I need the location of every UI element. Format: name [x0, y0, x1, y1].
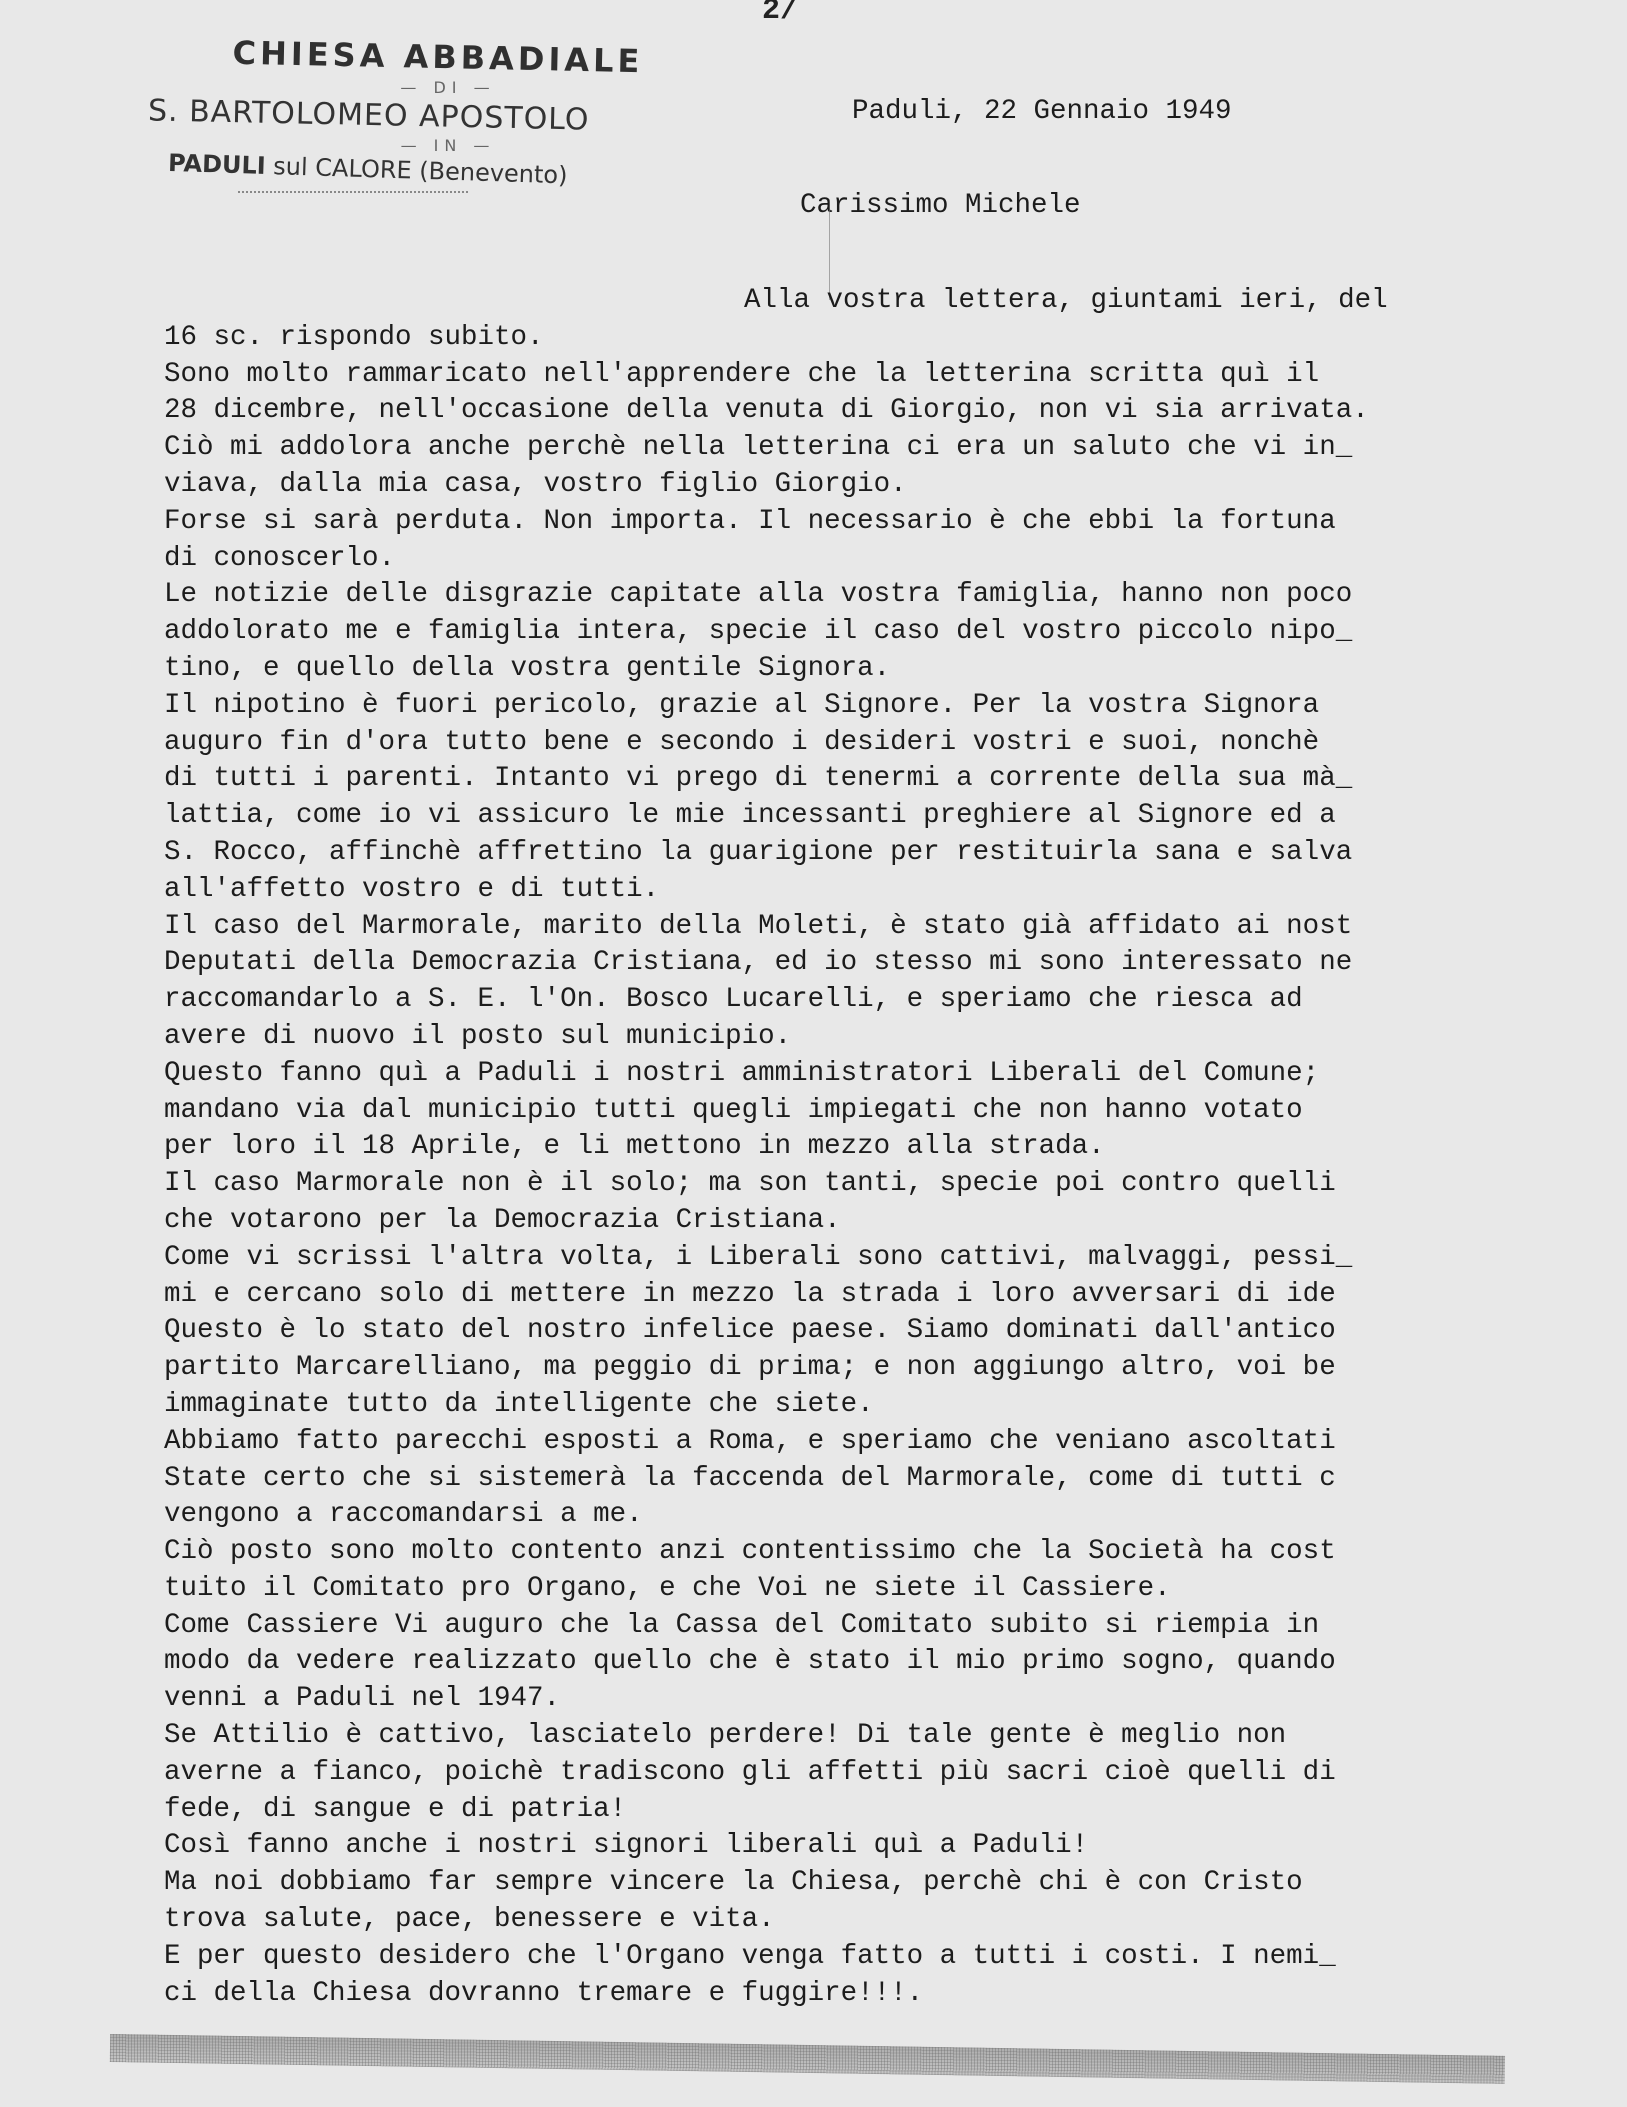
letterhead-location: PADULI sul CALORE (Benevento) [168, 149, 689, 193]
letter-page: 2/ CHIESA ABBADIALE — DI — S. BARTOLOMEO… [0, 0, 1627, 2107]
letterhead-church-name: CHIESA ABBADIALE [188, 33, 689, 81]
body-line: tino, e quello della vostra gentile Sign… [164, 651, 1627, 688]
body-line: Il nipotino è fuori pericolo, grazie al … [164, 688, 1627, 725]
body-line: Deputati della Democrazia Cristiana, ed … [164, 945, 1627, 982]
body-line: Ciò posto sono molto contento anzi conte… [164, 1534, 1627, 1571]
body-line: che votarono per la Democrazia Cristiana… [164, 1203, 1627, 1240]
body-line: viava, dalla mia casa, vostro figlio Gio… [164, 467, 1627, 504]
body-line: Questo è lo stato del nostro infelice pa… [164, 1313, 1627, 1350]
body-line: Come vi scrissi l'altra volta, i Liberal… [164, 1240, 1627, 1277]
body-line: 28 dicembre, nell'occasione della venuta… [164, 393, 1627, 430]
body-line: avere di nuovo il posto sul municipio. [164, 1019, 1627, 1056]
letterhead-separator: — DI — [208, 78, 688, 97]
body-line: Alla vostra lettera, giuntami ieri, del [164, 283, 1627, 320]
letterhead-underline [238, 191, 468, 193]
letter-body: Alla vostra lettera, giuntami ieri, del1… [164, 283, 1627, 2012]
body-line: per loro il 18 Aprile, e li mettono in m… [164, 1129, 1627, 1166]
letter-date: Paduli, 22 Gennaio 1949 [852, 96, 1232, 127]
body-line: vengono a raccomandarsi a me. [164, 1497, 1627, 1534]
body-line: Sono molto rammaricato nell'apprendere c… [164, 357, 1627, 394]
body-line: fede, di sangue e di patria! [164, 1792, 1627, 1829]
body-line: trova salute, pace, benessere e vita. [164, 1902, 1627, 1939]
body-line: di conoscerlo. [164, 541, 1627, 578]
body-line: addolorato me e famiglia intera, specie … [164, 614, 1627, 651]
body-line: lattia, come io vi assicuro le mie inces… [164, 798, 1627, 835]
body-line: State certo che si sistemerà la faccenda… [164, 1461, 1627, 1498]
body-line: 16 sc. rispondo subito. [164, 320, 1627, 357]
body-line: Così fanno anche i nostri signori libera… [164, 1828, 1627, 1865]
body-line: Ma noi dobbiamo far sempre vincere la Ch… [164, 1865, 1627, 1902]
body-line: Le notizie delle disgrazie capitate alla… [164, 577, 1627, 614]
body-line: S. Rocco, affinchè affrettino la guarigi… [164, 835, 1627, 872]
body-line: Se Attilio è cattivo, lasciatelo perdere… [164, 1718, 1627, 1755]
letter-salutation: Carissimo Michele [800, 190, 1081, 221]
body-line: auguro fin d'ora tutto bene e secondo i … [164, 725, 1627, 762]
page-number-mark: 2/ [762, 0, 798, 28]
body-line: immaginate tutto da intelligente che sie… [164, 1387, 1627, 1424]
letterhead-town: PADULI [168, 149, 266, 180]
body-line: partito Marcarelliano, ma peggio di prim… [164, 1350, 1627, 1387]
body-line: Il caso del Marmorale, marito della Mole… [164, 909, 1627, 946]
body-line: Abbiamo fatto parecchi esposti a Roma, e… [164, 1424, 1627, 1461]
body-line: tuito il Comitato pro Organo, e che Voi … [164, 1571, 1627, 1608]
body-line: mandano via dal municipio tutti quegli i… [164, 1093, 1627, 1130]
body-line: raccomandarlo a S. E. l'On. Bosco Lucare… [164, 982, 1627, 1019]
body-line: di tutti i parenti. Intanto vi prego di … [164, 761, 1627, 798]
letterhead-saint-name: S. BARTOLOMEO APOSTOLO [148, 93, 689, 139]
letterhead-stamp: CHIESA ABBADIALE — DI — S. BARTOLOMEO AP… [148, 38, 688, 193]
body-line: ci della Chiesa dovranno tremare e fuggi… [164, 1976, 1627, 2013]
letterhead-province: sul CALORE (Benevento) [265, 152, 568, 189]
body-line: all'affetto vostro e di tutti. [164, 872, 1627, 909]
body-line: Ciò mi addolora anche perchè nella lette… [164, 430, 1627, 467]
scan-artifact-band [110, 2034, 1505, 2084]
body-line: venni a Paduli nel 1947. [164, 1681, 1627, 1718]
body-line: E per questo desidero che l'Organo venga… [164, 1939, 1627, 1976]
body-line: averne a fianco, poichè tradiscono gli a… [164, 1755, 1627, 1792]
body-line: Questo fanno quì a Paduli i nostri ammin… [164, 1056, 1627, 1093]
body-line: Il caso Marmorale non è il solo; ma son … [164, 1166, 1627, 1203]
body-line: modo da vedere realizzato quello che è s… [164, 1644, 1627, 1681]
body-line: Forse si sarà perduta. Non importa. Il n… [164, 504, 1627, 541]
body-line: mi e cercano solo di mettere in mezzo la… [164, 1277, 1627, 1314]
body-line: Come Cassiere Vi auguro che la Cassa del… [164, 1608, 1627, 1645]
